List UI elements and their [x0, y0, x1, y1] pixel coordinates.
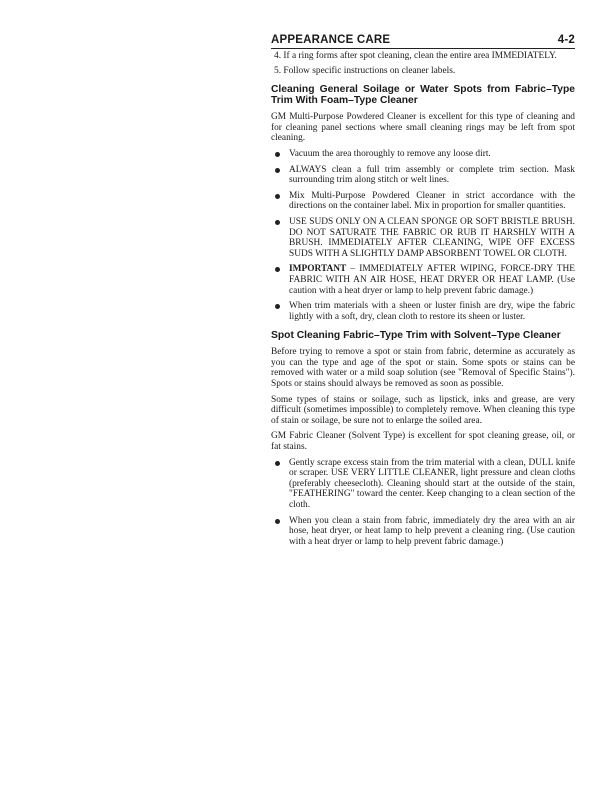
- item-text: ALWAYS clean a full trim assembly or com…: [289, 165, 575, 186]
- list-item-important: IMPORTANT – IMMEDIATELY AFTER WIPING, FO…: [271, 264, 575, 296]
- bullet-icon: [275, 267, 280, 272]
- paragraph: Before trying to remove a spot or stain …: [271, 347, 575, 389]
- running-header: APPEARANCE CARE 4-2: [271, 33, 575, 49]
- list-item: ALWAYS clean a full trim assembly or com…: [271, 165, 575, 186]
- item-text: Vacuum the area thoroughly to remove any…: [289, 149, 491, 159]
- list-item: USE SUDS ONLY ON A CLEAN SPONGE OR SOFT …: [271, 217, 575, 259]
- list-item: Gently scrape excess stain from the trim…: [271, 458, 575, 511]
- section-heading-solvent-cleaner: Spot Cleaning Fabric–Type Trim with Solv…: [271, 330, 575, 341]
- bullet-icon: [275, 152, 280, 157]
- bullet-icon: [275, 220, 280, 225]
- item-number: 5.: [274, 66, 281, 76]
- page-body: 4. If a ring forms after spot cleaning, …: [271, 51, 575, 547]
- bullet-icon: [275, 194, 280, 199]
- item-number: 4.: [274, 51, 281, 61]
- list-item: Vacuum the area thoroughly to remove any…: [271, 149, 575, 160]
- item-text: When trim materials with a sheen or lust…: [289, 301, 575, 322]
- item-text: Mix Multi-Purpose Powdered Cleaner in st…: [289, 191, 575, 212]
- important-label: IMPORTANT: [289, 264, 346, 274]
- list-item: Mix Multi-Purpose Powdered Cleaner in st…: [271, 191, 575, 212]
- paragraph: Some types of stains or soilage, such as…: [271, 395, 575, 427]
- paragraph: GM Fabric Cleaner (Solvent Type) is exce…: [271, 431, 575, 452]
- page-number: 4-2: [558, 33, 575, 47]
- item-text: When you clean a stain from fabric, imme…: [289, 516, 575, 547]
- bullet-icon: [275, 519, 280, 524]
- item-text: If a ring forms after spot cleaning, cle…: [283, 51, 557, 61]
- item-text: USE SUDS ONLY ON A CLEAN SPONGE OR SOFT …: [289, 217, 575, 259]
- solvent-cleaner-steps: Gently scrape excess stain from the trim…: [271, 458, 575, 548]
- section-intro-paragraph: GM Multi-Purpose Powdered Cleaner is exc…: [271, 112, 575, 144]
- list-item: When you clean a stain from fabric, imme…: [271, 516, 575, 548]
- foam-cleaner-steps: Vacuum the area thoroughly to remove any…: [271, 149, 575, 322]
- bullet-icon: [275, 461, 280, 466]
- section-title: APPEARANCE CARE: [271, 33, 390, 47]
- numbered-item: 5. Follow specific instructions on clean…: [271, 66, 575, 77]
- bullet-icon: [275, 168, 280, 173]
- manual-page: APPEARANCE CARE 4-2 4. If a ring forms a…: [271, 33, 575, 552]
- item-text: Gently scrape excess stain from the trim…: [289, 458, 575, 510]
- section-heading-foam-cleaner: Cleaning General Soilage or Water Spots …: [271, 84, 575, 106]
- bullet-icon: [275, 304, 280, 309]
- item-text: Follow specific instructions on cleaner …: [283, 66, 455, 76]
- list-item: When trim materials with a sheen or lust…: [271, 301, 575, 322]
- numbered-item: 4. If a ring forms after spot cleaning, …: [271, 51, 575, 62]
